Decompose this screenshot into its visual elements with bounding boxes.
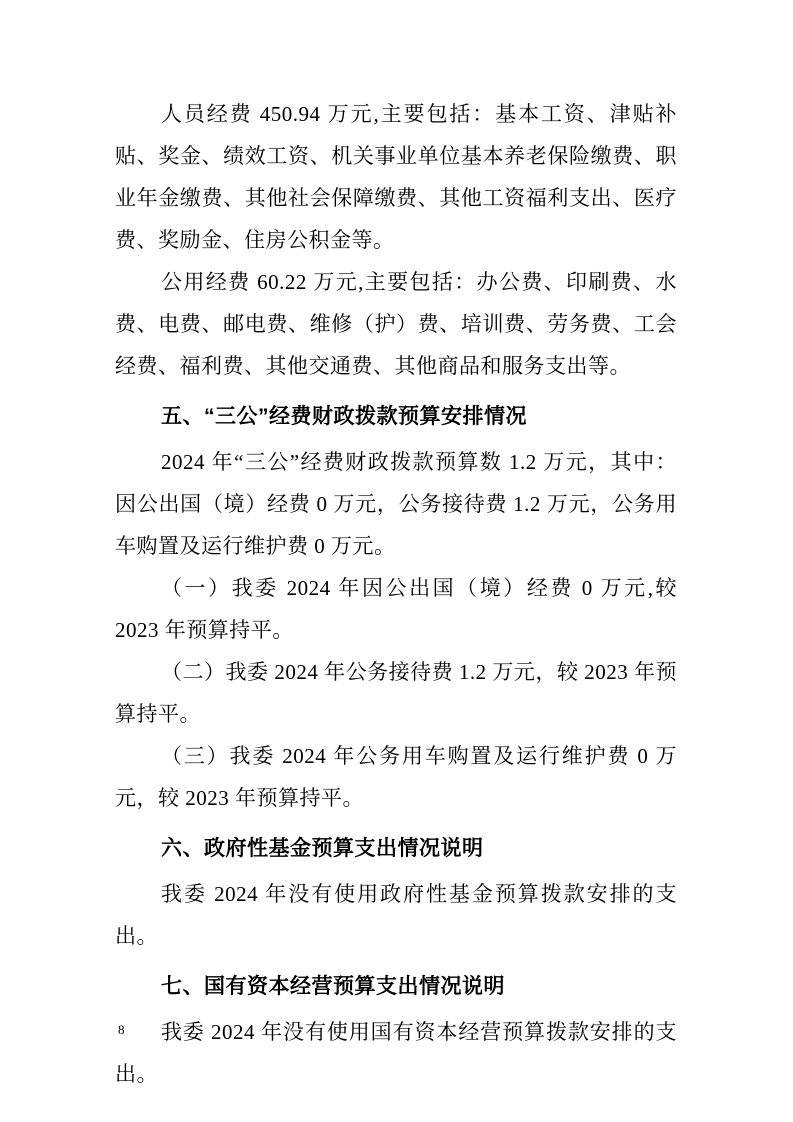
paragraph-item-1-overseas-trips: （一）我委 2024 年因公出国（境）经费 0 万元,较 2023 年预算持平。 <box>115 567 677 651</box>
paragraph-public-expense: 公用经费 60.22 万元,主要包括：办公费、印刷费、水费、电费、邮电费、维修（… <box>115 261 677 387</box>
heading-section-7-state-capital: 七、国有资本经营预算支出情况说明 <box>115 966 677 1008</box>
paragraph-state-capital-note: 我委 2024 年没有使用国有资本经营预算拨款安排的支出。 <box>115 1011 677 1095</box>
document-page: 人员经费 450.94 万元,主要包括：基本工资、津贴补贴、奖金、绩效工资、机关… <box>0 0 793 1122</box>
heading-section-5-three-public: 五、“三公”经费财政拨款预算安排情况 <box>115 396 677 438</box>
paragraph-personnel-expense: 人员经费 450.94 万元,主要包括：基本工资、津贴补贴、奖金、绩效工资、机关… <box>115 93 677 261</box>
paragraph-government-fund-note: 我委 2024 年没有使用政府性基金预算拨款安排的支出。 <box>115 873 677 957</box>
paragraph-item-2-official-reception: （二）我委 2024 年公务接待费 1.2 万元，较 2023 年预算持平。 <box>115 651 677 735</box>
page-number: 8 <box>118 1022 125 1038</box>
paragraph-item-3-official-vehicles: （三）我委 2024 年公务用车购置及运行维护费 0 万元，较 2023 年预算… <box>115 735 677 819</box>
heading-section-6-government-fund: 六、政府性基金预算支出情况说明 <box>115 828 677 870</box>
document-content: 人员经费 450.94 万元,主要包括：基本工资、津贴补贴、奖金、绩效工资、机关… <box>115 93 677 1095</box>
paragraph-three-public-summary: 2024 年“三公”经费财政拨款预算数 1.2 万元，其中：因公出国（境）经费 … <box>115 441 677 567</box>
